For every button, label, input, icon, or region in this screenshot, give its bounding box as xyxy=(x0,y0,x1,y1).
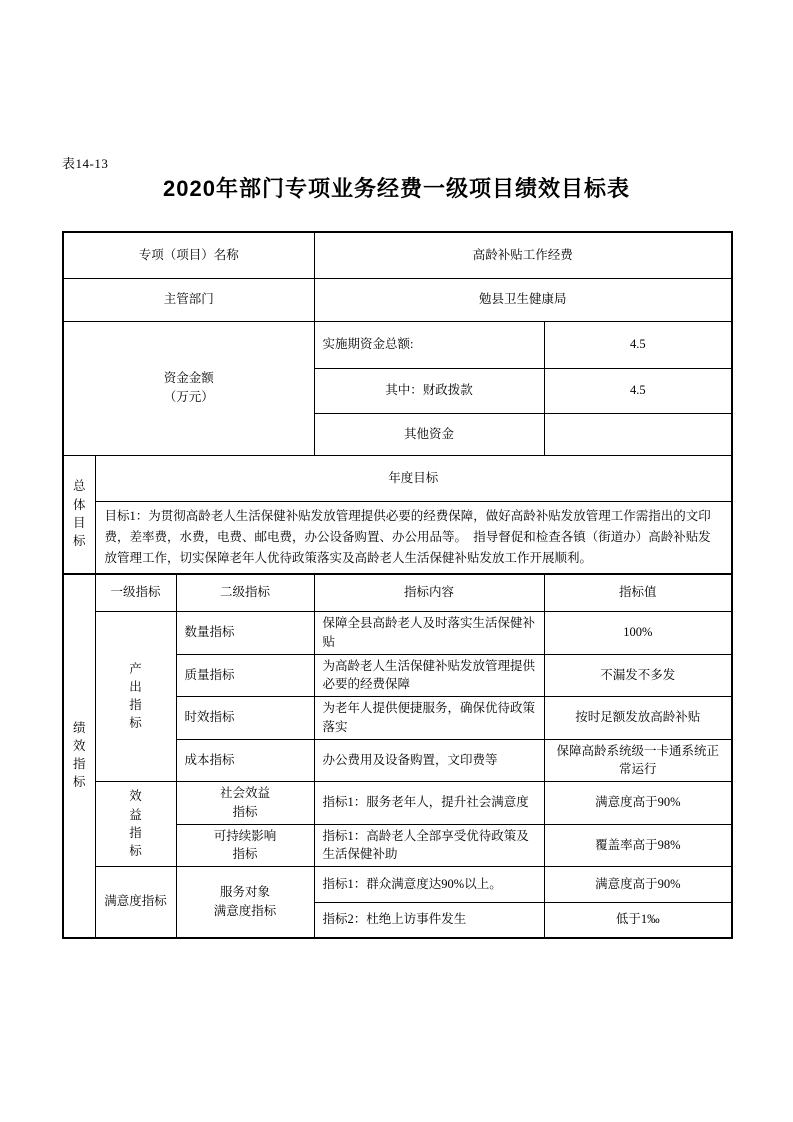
table-row: 效益指标 社会效益 指标 指标1：服务老年人，提升社会满意度 满意度高于90% xyxy=(63,782,732,825)
fund-other-value-cell xyxy=(544,413,732,455)
annual-goal-content-cell: 目标1：为贯彻高龄老人生活保健补贴发放管理提供必要的经费保障，做好高龄补贴发放管… xyxy=(95,501,732,574)
indicator-value-cell: 满意度高于90% xyxy=(544,867,732,903)
table-row: 资金金额 （万元） 实施期资金总额: 4.5 xyxy=(63,321,732,368)
satisfaction-sub-cell: 服务对象 满意度指标 xyxy=(176,867,314,938)
indicator-value-cell: 100% xyxy=(544,612,732,655)
output-group-label: 产出指标 xyxy=(129,660,143,733)
table-row: 目标1：为贯彻高龄老人生活保健补贴发放管理提供必要的经费保障，做好高龄补贴发放管… xyxy=(63,501,732,574)
header-level2-cell: 二级指标 xyxy=(176,574,314,612)
overall-goal-side-cell: 总体目标 xyxy=(63,455,95,574)
fund-fiscal-label-cell: 其中：财政拨款 xyxy=(314,368,544,413)
document-page: 表14-13 2020年部门专项业务经费一级项目绩效目标表 专项（项目）名称 高… xyxy=(0,0,793,1122)
department-label-cell: 主管部门 xyxy=(63,278,314,321)
table-row: 产出指标 数量指标 保障全县高龄老人及时落实生活保健补贴 100% xyxy=(63,612,732,655)
indicator-content-cell: 指标1：高龄老人全部享受优待政策及生活保健补助 xyxy=(314,824,544,867)
project-name-label-cell: 专项（项目）名称 xyxy=(63,232,314,278)
annual-goal-header-cell: 年度目标 xyxy=(95,455,732,501)
fund-other-label-cell: 其他资金 xyxy=(314,413,544,455)
header-level1-cell: 一级指标 xyxy=(95,574,176,612)
indicator-value-cell: 覆盖率高于98% xyxy=(544,824,732,867)
indicator-value-cell: 按时足额发放高龄补贴 xyxy=(544,697,732,740)
output-group-cell: 产出指标 xyxy=(95,612,176,782)
table-row: 总体目标 年度目标 xyxy=(63,455,732,501)
indicator-value-cell: 不漏发不多发 xyxy=(544,654,732,697)
indicator-content-cell: 为高龄老人生活保健补贴发放管理提供必要的经费保障 xyxy=(314,654,544,697)
indicator-content-cell: 指标2：杜绝上访事件发生 xyxy=(314,903,544,938)
benefit-group-cell: 效益指标 xyxy=(95,782,176,867)
performance-side-cell: 绩效指标 xyxy=(63,574,95,938)
indicator-name-cell: 质量指标 xyxy=(176,654,314,697)
table-number-label: 表14-13 xyxy=(62,153,108,172)
indicator-content-cell: 指标1：服务老年人，提升社会满意度 xyxy=(314,782,544,825)
fund-total-label-cell: 实施期资金总额: xyxy=(314,321,544,368)
table-row: 满意度指标 服务对象 满意度指标 指标1：群众满意度达90%以上。 满意度高于9… xyxy=(63,867,732,903)
indicator-content-cell: 指标1：群众满意度达90%以上。 xyxy=(314,867,544,903)
indicator-content-cell: 办公费用及设备购置，文印费等 xyxy=(314,739,544,782)
fund-total-value-cell: 4.5 xyxy=(544,321,732,368)
satisfaction-group-cell: 满意度指标 xyxy=(95,867,176,938)
fund-amount-label-cell: 资金金额 （万元） xyxy=(63,321,314,455)
department-value-cell: 勉县卫生健康局 xyxy=(314,278,732,321)
page-title: 2020年部门专项业务经费一级项目绩效目标表 xyxy=(0,172,793,203)
indicator-value-cell: 低于1‰ xyxy=(544,903,732,938)
indicator-name-cell: 社会效益 指标 xyxy=(176,782,314,825)
fund-fiscal-value-cell: 4.5 xyxy=(544,368,732,413)
table-row: 主管部门 勉县卫生健康局 xyxy=(63,278,732,321)
indicator-content-cell: 为老年人提供便捷服务，确保优待政策落实 xyxy=(314,697,544,740)
indicator-name-cell: 时效指标 xyxy=(176,697,314,740)
performance-target-table: 专项（项目）名称 高龄补贴工作经费 主管部门 勉县卫生健康局 资金金额 （万元）… xyxy=(62,231,733,939)
table-row: 绩效指标 一级指标 二级指标 指标内容 指标值 xyxy=(63,574,732,612)
indicator-name-cell: 数量指标 xyxy=(176,612,314,655)
header-content-cell: 指标内容 xyxy=(314,574,544,612)
benefit-group-label: 效益指标 xyxy=(129,787,143,860)
indicator-value-cell: 满意度高于90% xyxy=(544,782,732,825)
performance-side-label: 绩效指标 xyxy=(72,719,86,792)
project-name-value-cell: 高龄补贴工作经费 xyxy=(314,232,732,278)
indicator-name-cell: 成本指标 xyxy=(176,739,314,782)
table-row: 专项（项目）名称 高龄补贴工作经费 xyxy=(63,232,732,278)
header-value-cell: 指标值 xyxy=(544,574,732,612)
indicator-value-cell: 保障高龄系统级一卡通系统正常运行 xyxy=(544,739,732,782)
indicator-name-cell: 可持续影响 指标 xyxy=(176,824,314,867)
overall-goal-side-label: 总体目标 xyxy=(72,477,86,550)
indicator-content-cell: 保障全县高龄老人及时落实生活保健补贴 xyxy=(314,612,544,655)
